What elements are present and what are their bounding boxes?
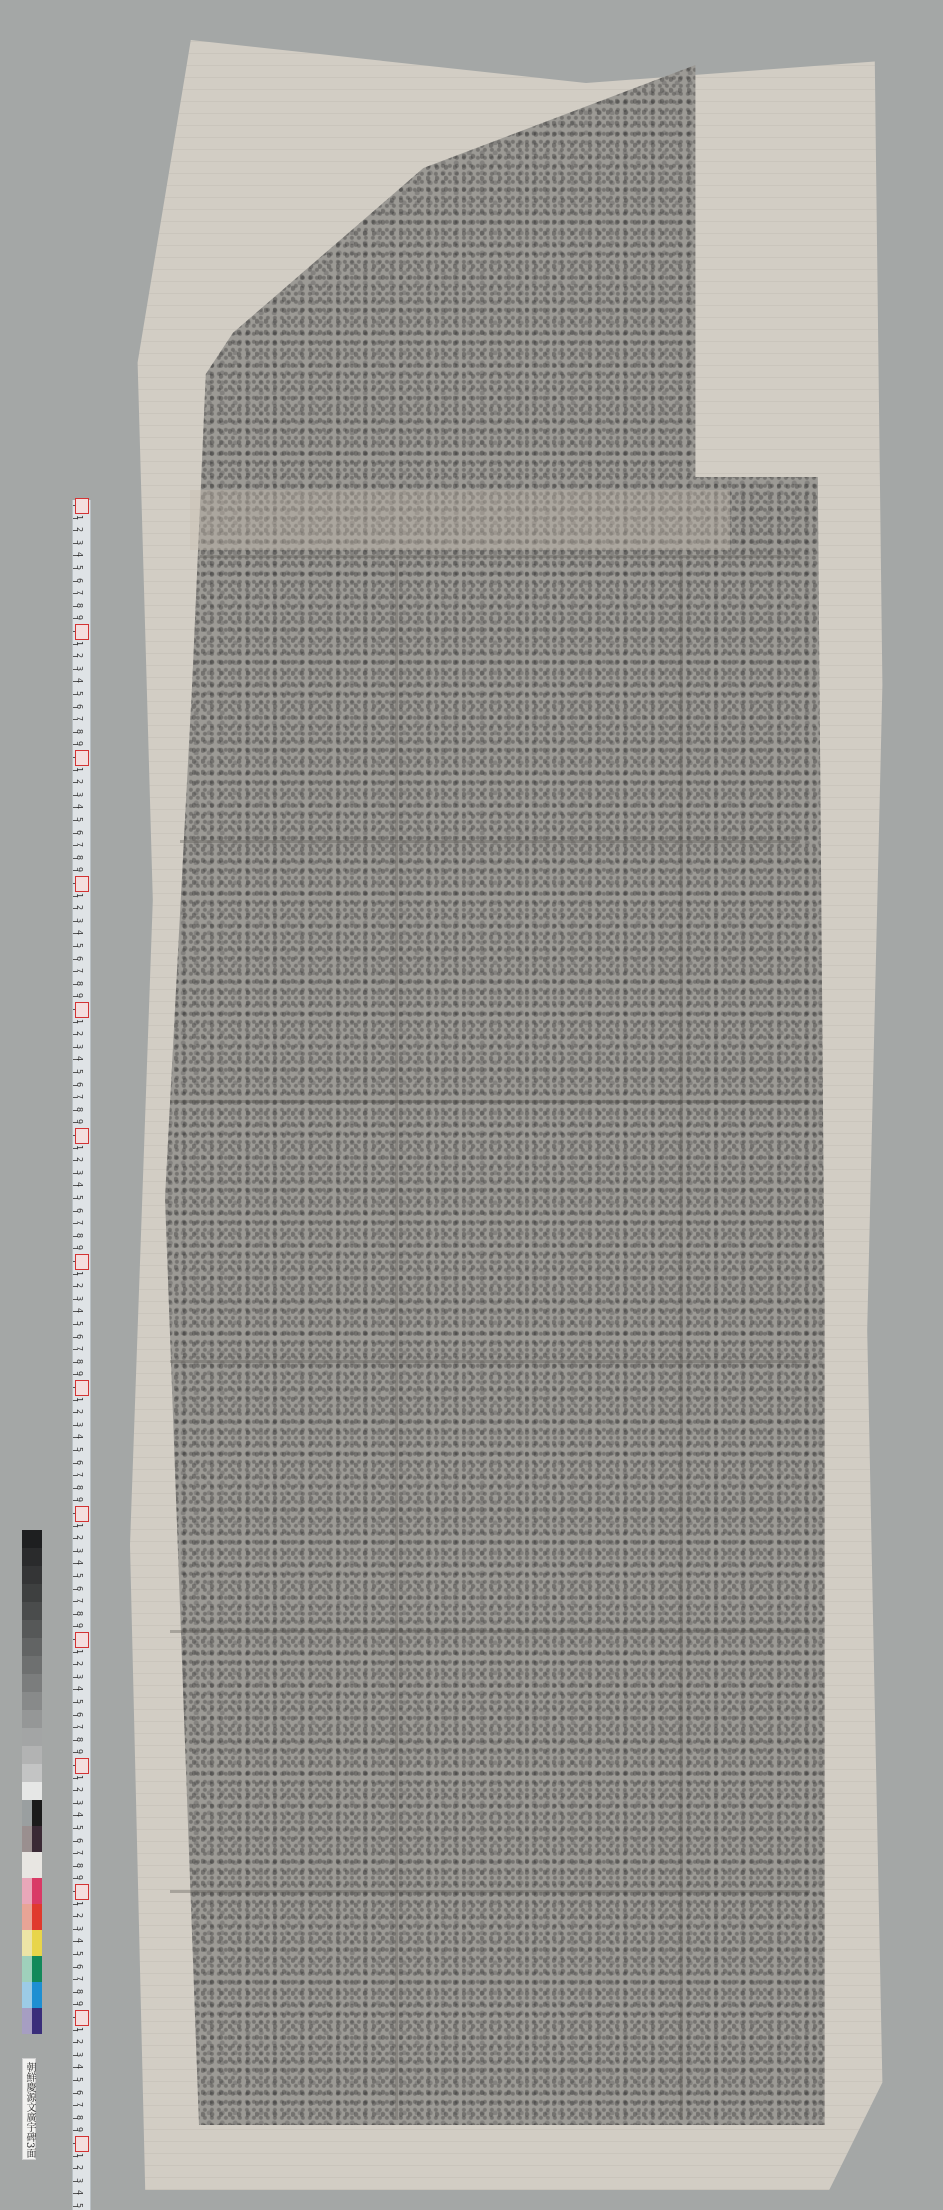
- ruler-number: 9: [75, 1119, 84, 1124]
- ruler-number: 9: [75, 1497, 84, 1502]
- gray-step-swatch: [22, 1638, 42, 1656]
- color-swatch: [32, 1800, 42, 1826]
- ruler-number: 4: [75, 678, 84, 683]
- ruler-number: 9: [75, 1623, 84, 1628]
- fold-line: [170, 1630, 810, 1633]
- gray-step-swatch: [22, 1764, 42, 1782]
- ruler-number: 9: [75, 867, 84, 872]
- ruler-number: 4: [75, 2190, 84, 2195]
- ruler-number: 6: [75, 830, 84, 835]
- ruler-number: 4: [75, 1560, 84, 1565]
- ruler-number: 7: [75, 2102, 84, 2107]
- color-swatch: [32, 1930, 42, 1956]
- ruler-number: 3: [75, 1926, 84, 1931]
- ruler-number: 1: [75, 1397, 84, 1402]
- ruler-number: 5: [75, 1195, 84, 1200]
- color-swatch-row: [22, 1878, 42, 1904]
- ruler-number: 2: [75, 1913, 84, 1918]
- gray-step-swatch: [22, 1548, 42, 1566]
- gray-step-swatch: [22, 1530, 42, 1548]
- ruler-number: 8: [75, 1611, 84, 1616]
- ruler-number: 9: [75, 1245, 84, 1250]
- gray-step-swatch: [22, 1566, 42, 1584]
- ruler-number: 9: [75, 1875, 84, 1880]
- gray-step-swatch: [22, 1656, 42, 1674]
- ruler-number: 1: [75, 767, 84, 772]
- ruler-number: 7: [75, 842, 84, 847]
- color-swatch-row: [22, 1956, 42, 1982]
- gray-step-swatch: [22, 1584, 42, 1602]
- fold-line: [200, 555, 800, 558]
- ruler-number: 9: [75, 615, 84, 620]
- color-swatch-row: [22, 1930, 42, 1956]
- ruler-number: 6: [75, 1964, 84, 1969]
- ruler-number: 2: [75, 779, 84, 784]
- ruler-number: 4: [75, 1686, 84, 1691]
- horizontal-inscription-band: [190, 490, 730, 550]
- ruler-number: 5: [75, 943, 84, 948]
- ruler-number: 3: [75, 918, 84, 923]
- ruler-number: 4: [75, 1812, 84, 1817]
- ruler-number: 8: [75, 1485, 84, 1490]
- ruler-number: 9: [75, 993, 84, 998]
- ruler-decimeter-mark: [75, 750, 89, 766]
- ruler-number: 1: [75, 1523, 84, 1528]
- ruler-decimeter-mark: [75, 1002, 89, 1018]
- gray-step-swatch: [22, 1674, 42, 1692]
- ruler-number: 6: [75, 1838, 84, 1843]
- fold-line: [170, 1100, 810, 1103]
- ruler-number: 1: [75, 1271, 84, 1276]
- color-swatch: [22, 1800, 32, 1826]
- gray-step-swatch: [22, 1782, 42, 1800]
- ruler-number: 1: [75, 1019, 84, 1024]
- color-swatch: [22, 1826, 32, 1852]
- ruler-number: 5: [75, 1573, 84, 1578]
- ruler-number: 7: [75, 1220, 84, 1225]
- ruler-number: 6: [75, 1334, 84, 1339]
- ruler-number: 2: [75, 527, 84, 532]
- ruler-number: 6: [75, 956, 84, 961]
- ruler-number: 4: [75, 1308, 84, 1313]
- ruler-number: 3: [75, 1674, 84, 1679]
- ruler-number: 6: [75, 1082, 84, 1087]
- ruler-number: 6: [75, 1712, 84, 1717]
- color-swatch: [22, 1878, 32, 1904]
- ruler-decimeter-mark: [75, 1506, 89, 1522]
- ruler-number: 5: [75, 1069, 84, 1074]
- ruler-decimeter-mark: [75, 624, 89, 640]
- ruler-number: 5: [75, 817, 84, 822]
- color-swatch-row: [22, 2008, 42, 2034]
- ruler-number: 3: [75, 792, 84, 797]
- ruler-number: 1: [75, 641, 84, 646]
- gray-step-swatch: [22, 1620, 42, 1638]
- ruler-number: 7: [75, 1472, 84, 1477]
- color-swatch: [22, 1904, 32, 1930]
- ruler-number: 1: [75, 2027, 84, 2032]
- measuring-ruler: 1234567891234567891234567891234567891234…: [72, 500, 91, 2210]
- ruler-decimeter-mark: [75, 1254, 89, 1270]
- ruler-number: 9: [75, 741, 84, 746]
- color-swatch: [32, 1852, 42, 1878]
- gray-step-swatch: [22, 1728, 42, 1746]
- ruler-number: 8: [75, 855, 84, 860]
- fold-line: [180, 840, 800, 843]
- ruler-number: 4: [75, 1434, 84, 1439]
- color-swatch: [32, 1904, 42, 1930]
- ruler-number: 7: [75, 968, 84, 973]
- ruler-number: 1: [75, 1649, 84, 1654]
- ruler-number: 2: [75, 1787, 84, 1792]
- color-swatch-row: [22, 1852, 42, 1878]
- specimen-label-text: 朝鮮慶源文廣宇碑3面: [24, 2062, 34, 2158]
- ruler-number: 3: [75, 1800, 84, 1805]
- ruler-decimeter-mark: [75, 498, 89, 514]
- gray-step-swatch: [22, 1710, 42, 1728]
- ruler-number: 8: [75, 729, 84, 734]
- ruler-decimeter-mark: [75, 1380, 89, 1396]
- ruler-number: 5: [75, 1825, 84, 1830]
- ruler-decimeter-mark: [75, 2010, 89, 2026]
- fold-line: [395, 560, 398, 2120]
- ruler-number: 9: [75, 1371, 84, 1376]
- fold-line: [680, 560, 683, 2120]
- ruler-number: 8: [75, 1989, 84, 1994]
- ruler-number: 7: [75, 1850, 84, 1855]
- ruler-number: 2: [75, 1031, 84, 1036]
- ruler-number: 4: [75, 1938, 84, 1943]
- color-swatch-row: [22, 1800, 42, 1826]
- ruler-number: 8: [75, 1863, 84, 1868]
- ruler-number: 6: [75, 2090, 84, 2095]
- ruler-decimeter-mark: [75, 876, 89, 892]
- ruler-number: 8: [75, 1359, 84, 1364]
- ruler-number: 2: [75, 1661, 84, 1666]
- ruler-number: 2: [75, 2039, 84, 2044]
- ruler-number: 5: [75, 691, 84, 696]
- color-swatch-row: [22, 1982, 42, 2008]
- fold-line: [170, 1360, 810, 1363]
- ruler-number: 1: [75, 1145, 84, 1150]
- gray-step-swatch: [22, 1692, 42, 1710]
- ruler-number: 7: [75, 1094, 84, 1099]
- color-swatch: [32, 1826, 42, 1852]
- fold-line: [170, 1890, 810, 1893]
- ruler-decimeter-mark: [75, 2136, 89, 2152]
- ruler-number: 2: [75, 653, 84, 658]
- ruler-number: 6: [75, 1460, 84, 1465]
- ruler-decimeter-mark: [75, 1632, 89, 1648]
- ruler-number: 2: [75, 1409, 84, 1414]
- ruler-number: 1: [75, 893, 84, 898]
- ruler-number: 7: [75, 590, 84, 595]
- ruler-number: 5: [75, 1447, 84, 1452]
- color-swatch-row: [22, 1904, 42, 1930]
- ruler-number: 6: [75, 578, 84, 583]
- ruler-number: 3: [75, 1422, 84, 1427]
- ruler-number: 8: [75, 981, 84, 986]
- color-swatch: [32, 1878, 42, 1904]
- ruler-number: 8: [75, 1233, 84, 1238]
- color-swatch: [22, 2008, 32, 2034]
- ruler-number: 3: [75, 1296, 84, 1301]
- ruler-number: 9: [75, 1749, 84, 1754]
- ruler-number: 7: [75, 1724, 84, 1729]
- ruler-number: 8: [75, 1737, 84, 1742]
- color-swatch: [22, 1930, 32, 1956]
- ruler-number: 6: [75, 1586, 84, 1591]
- ruler-number: 3: [75, 2178, 84, 2183]
- ruler-number: 4: [75, 930, 84, 935]
- gray-step-swatch: [22, 1602, 42, 1620]
- ruler-number: 3: [75, 2052, 84, 2057]
- color-swatch: [22, 1982, 32, 2008]
- ruler-number: 3: [75, 1170, 84, 1175]
- color-swatch: [32, 2008, 42, 2034]
- color-swatch: [22, 1956, 32, 1982]
- color-swatch: [22, 1852, 32, 1878]
- ruler-number: 9: [75, 2001, 84, 2006]
- ruler-number: 1: [75, 515, 84, 520]
- ruler-number: 1: [75, 2153, 84, 2158]
- ruler-number: 5: [75, 1951, 84, 1956]
- ruler-number: 5: [75, 1699, 84, 1704]
- ruler-number: 4: [75, 552, 84, 557]
- ruler-number: 8: [75, 2115, 84, 2120]
- specimen-label: 朝鮮慶源文廣宇碑3面: [22, 2058, 36, 2160]
- ruler-number: 6: [75, 1208, 84, 1213]
- ruler-number: 4: [75, 804, 84, 809]
- ruler-number: 1: [75, 1901, 84, 1906]
- ruler-decimeter-mark: [75, 1758, 89, 1774]
- ruler-number: 2: [75, 2165, 84, 2170]
- ruler-number: 4: [75, 2064, 84, 2069]
- ruler-number: 3: [75, 1044, 84, 1049]
- ruler-number: 7: [75, 1976, 84, 1981]
- ruler-number: 1: [75, 1775, 84, 1780]
- color-swatch: [32, 1982, 42, 2008]
- ruler-number: 3: [75, 540, 84, 545]
- ruler-decimeter-mark: [75, 1128, 89, 1144]
- ruler-number: 9: [75, 2127, 84, 2132]
- color-calibration-chart: [22, 1530, 42, 2034]
- color-swatch-row: [22, 1826, 42, 1852]
- color-swatch: [32, 1956, 42, 1982]
- ruler-number: 5: [75, 2077, 84, 2082]
- ruler-number: 2: [75, 1283, 84, 1288]
- ruler-number: 5: [75, 565, 84, 570]
- ruler-number: 7: [75, 1346, 84, 1351]
- ruler-number: 4: [75, 1182, 84, 1187]
- ruler-number: 7: [75, 1598, 84, 1603]
- ruler-number: 5: [75, 1321, 84, 1326]
- ruler-number: 8: [75, 603, 84, 608]
- gray-step-swatch: [22, 1746, 42, 1764]
- ruler-number: 7: [75, 716, 84, 721]
- ruler-number: 2: [75, 1157, 84, 1162]
- ruler-number: 3: [75, 1548, 84, 1553]
- ruler-number: 4: [75, 1056, 84, 1061]
- ruler-number: 2: [75, 905, 84, 910]
- ruler-number: 3: [75, 666, 84, 671]
- ruler-number: 8: [75, 1107, 84, 1112]
- ruler-number: 6: [75, 704, 84, 709]
- ruler-number: 2: [75, 1535, 84, 1540]
- ruler-decimeter-mark: [75, 1884, 89, 1900]
- ruler-number: 5: [75, 2203, 84, 2208]
